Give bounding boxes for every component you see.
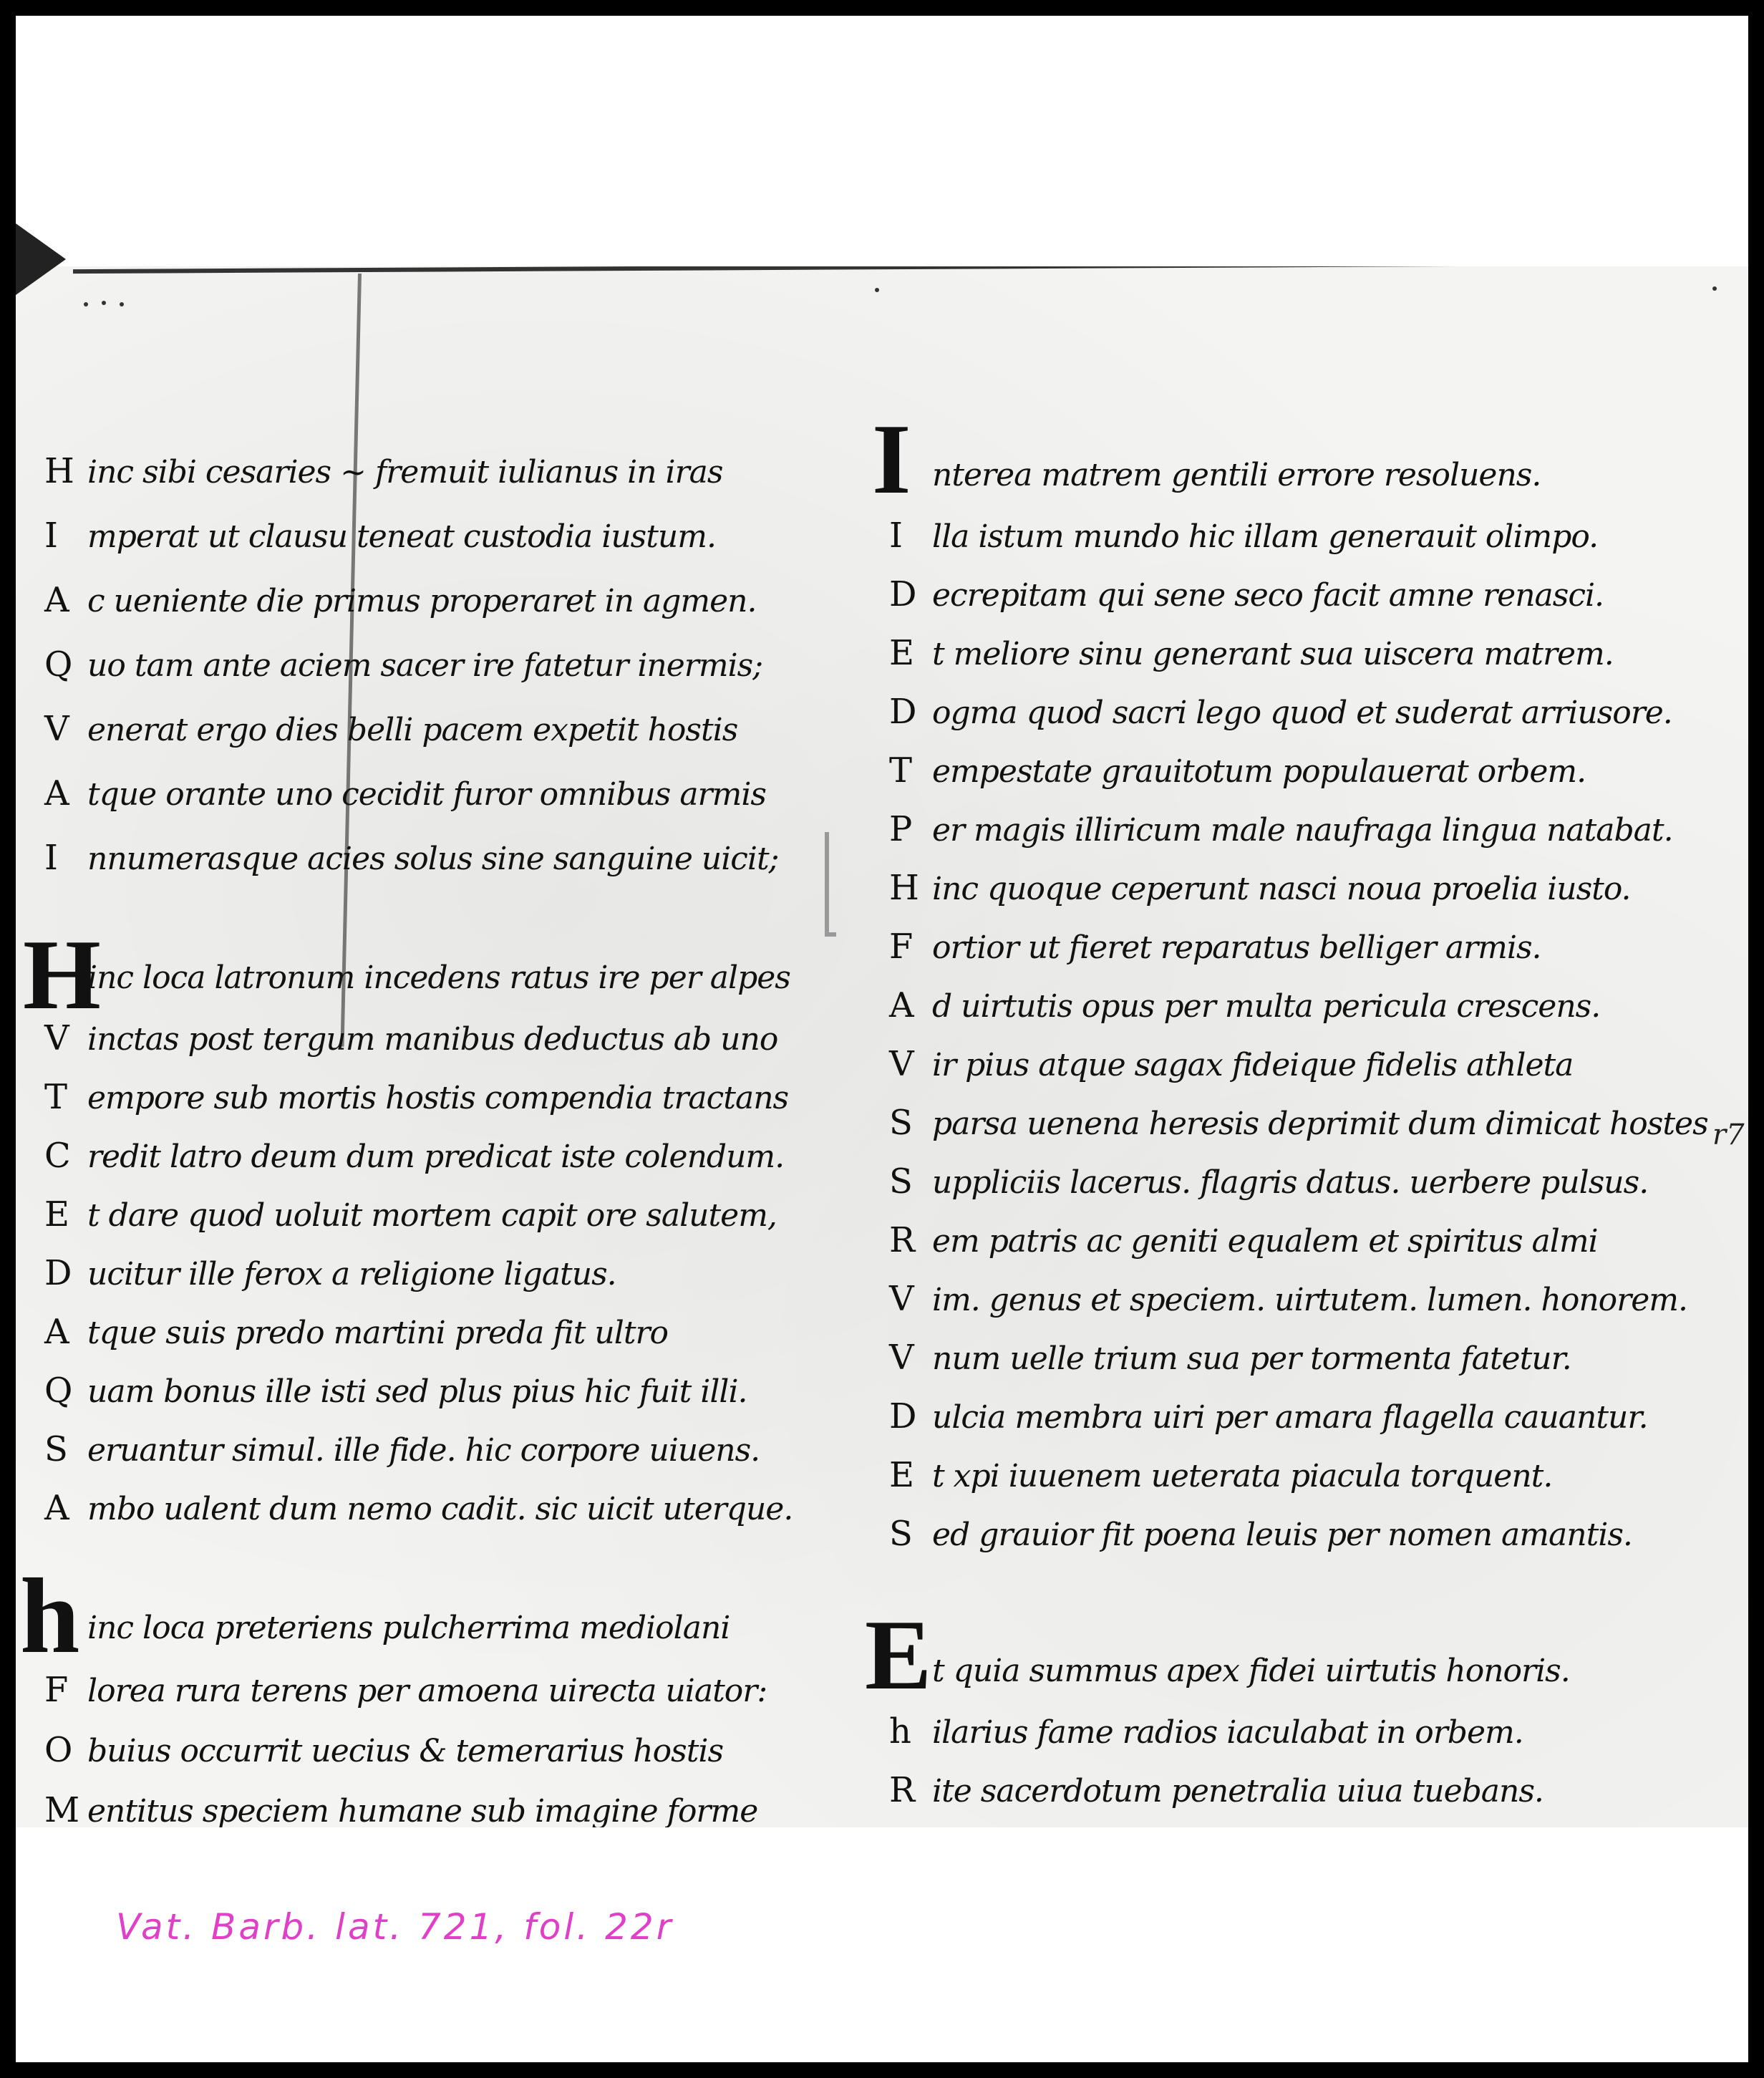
verse-line: Mentitus speciem humane sub imagine form… <box>44 1790 757 1827</box>
verse-line: Decrepitam qui sene seco facit amne rena… <box>889 574 1604 614</box>
verse-line: Ambo ualent dum nemo cadit. sic uicit ut… <box>44 1488 793 1528</box>
verse-line: hilarius fame radios iaculabat in orbem. <box>889 1711 1523 1751</box>
verse-line: Innumerasque acies solus sine sanguine u… <box>44 838 779 878</box>
pricking-hole <box>120 302 124 306</box>
verse-line: inc loca preteriens pulcherrima mediolan… <box>44 1610 730 1646</box>
verse-line: Ac ueniente die primus properaret in agm… <box>44 580 756 620</box>
folio-edge <box>73 266 1748 274</box>
verse-line: Et dare quod uoluit mortem capit ore sal… <box>44 1194 777 1234</box>
verse-line: Credit latro deum dum predicat iste cole… <box>44 1136 784 1176</box>
folded-corner <box>16 223 66 295</box>
pricking-hole <box>1712 286 1717 291</box>
verse-line: inc loca latronum incedens ratus ire per… <box>44 960 790 996</box>
marginal-note: r7 <box>1712 1118 1745 1151</box>
verse-line: Suppliciis lacerus. flagris datus. uerbe… <box>889 1161 1648 1202</box>
verse-line: Venerat ergo dies belli pacem expetit ho… <box>44 709 737 749</box>
pricking-hole <box>84 302 88 306</box>
verse-line: Dogma quod sacri lego quod et suderat ar… <box>889 692 1672 732</box>
verse-line: Illa istum mundo hic illam generauit oli… <box>889 516 1598 556</box>
shelfmark-caption: Vat. Barb. lat. 721, fol. 22r <box>116 1906 674 1948</box>
verse-line: Imperat ut clausu teneat custodia iustum… <box>44 516 716 556</box>
verse-line: Ad uirtutis opus per multa pericula cres… <box>889 985 1600 1025</box>
verse-line: Fortior ut fieret reparatus belliger arm… <box>889 927 1541 967</box>
verse-line: Atque orante uno cecidit furor omnibus a… <box>44 773 766 813</box>
verse-line: Rite sacerdotum penetralia uiua tuebans. <box>889 1770 1543 1810</box>
verse-line: Atque suis predo martini preda fit ultro <box>44 1312 668 1352</box>
verse-line: Et meliore sinu generant sua uiscera mat… <box>889 633 1614 673</box>
verse-line: Quam bonus ille isti sed plus pius hic f… <box>44 1371 747 1411</box>
verse-line: Florea rura terens per amoena uirecta ui… <box>44 1670 767 1710</box>
verse-line: Vir pius atque sagax fideique fidelis at… <box>889 1044 1573 1084</box>
manuscript-folio: Hinc sibi cesaries ~ fremuit iulianus in… <box>16 266 1748 1827</box>
verse-line: Tempestate grauitotum populauerat orbem. <box>889 750 1586 791</box>
pricking-hole <box>875 288 879 292</box>
verse-line: Tempore sub mortis hostis compendia trac… <box>44 1077 788 1117</box>
verse-line: Hinc sibi cesaries ~ fremuit iulianus in… <box>44 451 722 491</box>
verse-line: Rem patris ac geniti equalem et spiritus… <box>889 1220 1598 1260</box>
verse-line: Seruantur simul. ille fide. hic corpore … <box>44 1429 760 1469</box>
verse-line: Dulcia membra uiri per amara flagella ca… <box>889 1396 1648 1436</box>
verse-line: Sparsa uenena heresis deprimit dum dimic… <box>889 1103 1708 1143</box>
pricking-hole <box>102 301 106 305</box>
verse-line: nterea matrem gentili errore resoluens. <box>889 457 1541 493</box>
verse-line: Obuius occurrit uecius & temerarius host… <box>44 1730 723 1770</box>
verse-line: Ducitur ille ferox a religione ligatus. <box>44 1253 616 1293</box>
verse-line: Vim. genus et speciem. uirtutem. lumen. … <box>889 1279 1687 1319</box>
verse-line: Quo tam ante aciem sacer ire fatetur ine… <box>44 644 762 685</box>
photograph-sheet: Hinc sibi cesaries ~ fremuit iulianus in… <box>16 16 1748 2062</box>
verse-line: Sed grauior fit poena leuis per nomen am… <box>889 1514 1632 1554</box>
verse-line: Vnum uelle trium sua per tormenta fatetu… <box>889 1338 1571 1378</box>
verse-line: Per magis illiricum male naufraga lingua… <box>889 809 1673 849</box>
erased-initial <box>825 832 836 937</box>
verse-line: t quia summus apex fidei uirtutis honori… <box>889 1653 1570 1689</box>
verse-line: Et xpi iuuenem ueterata piacula torquent… <box>889 1455 1552 1495</box>
verse-line: Vinctas post tergum manibus deductus ab … <box>44 1018 777 1058</box>
verse-line: Hinc quoque ceperunt nasci noua proelia … <box>889 868 1631 908</box>
